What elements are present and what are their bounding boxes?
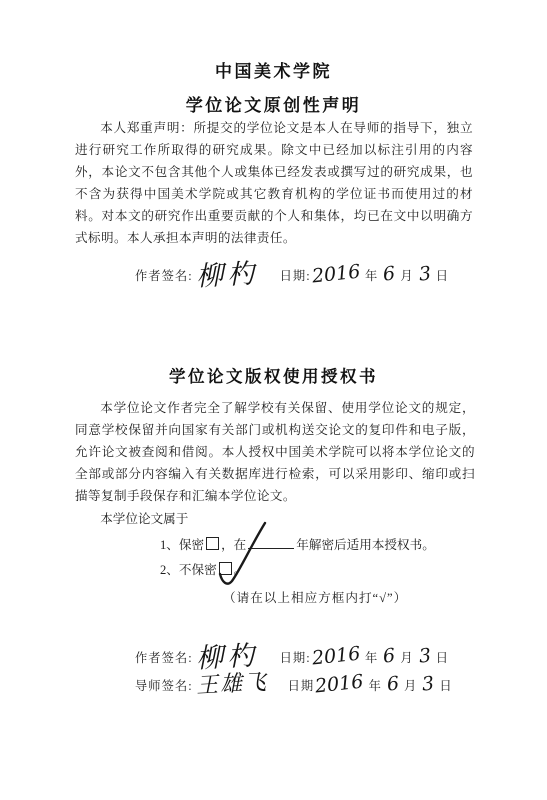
authorization-title: 学位论文版权使用授权书: [0, 363, 547, 387]
date-group: 日期: 2016 年 6 月 3 日: [280, 647, 454, 667]
secrecy-option-2: 2、不保密。: [160, 558, 475, 583]
checkbox-instruction-note: （请在以上相应方框内打“√”）: [223, 586, 475, 611]
date-label: 日期: [288, 676, 315, 694]
day-unit: 日: [436, 266, 448, 284]
authorization-body: 本学位论文作者完全了解学校有关保留、使用学位论文的规定，同意学校保留并向国家有关…: [75, 397, 475, 507]
secrecy-option-2-suffix: 。: [234, 563, 247, 577]
decrypt-year-blank: [248, 536, 294, 549]
declaration-signature-row: 作者签名: 柳杓 日期: 2016 年 6 月 3 日: [135, 258, 453, 292]
non-secrecy-checkbox: [219, 562, 232, 575]
thesis-belongs-label: 本学位论文属于: [75, 507, 475, 531]
date-label: 日期:: [280, 648, 311, 666]
declaration-title: 学位论文原创性声明: [0, 91, 547, 116]
handwritten-month: 6: [386, 672, 400, 695]
handwritten-year: 2016: [311, 643, 361, 670]
authorization-section: 本学位论文作者完全了解学校有关保留、使用学位论文的规定，同意学校保留并向国家有关…: [75, 397, 475, 611]
handwritten-year: 2016: [311, 261, 361, 288]
author-signature-label: 作者签名:: [135, 266, 193, 284]
handwritten-month: 6: [382, 644, 396, 667]
handwritten-day: 3: [421, 672, 435, 695]
secrecy-options: 1、保密，在年解密后适用本授权书。 2、不保密。 （请在以上相应方框内打“√”）: [160, 533, 475, 611]
date-group: 日期 2016 年 6 月 3 日: [288, 675, 457, 695]
university-name: 中国美术学院: [0, 57, 547, 82]
month-unit: 月: [400, 648, 412, 666]
handwritten-month: 6: [382, 262, 396, 285]
year-unit: 年: [369, 676, 381, 694]
handwritten-day: 3: [418, 644, 432, 667]
checked-box-wrap: [217, 558, 234, 583]
day-unit: 日: [439, 676, 451, 694]
year-unit: 年: [365, 648, 377, 666]
secrecy-option-1-mid: ，在: [221, 538, 246, 552]
advisor-signature-row: 导师签名: 王雄飞 日期 2016 年 6 月 3 日: [135, 668, 457, 702]
secrecy-checkbox: [206, 537, 219, 550]
secrecy-option-1-text: 1、保密: [160, 538, 204, 552]
scanned-document-page: 中国美术学院 学位论文原创性声明 本人郑重声明：所提交的学位论文是本人在导师的指…: [0, 0, 547, 800]
secrecy-option-1-suffix: 年解密后适用本授权书。: [296, 538, 435, 552]
secrecy-option-2-text: 2、不保密: [160, 563, 217, 577]
author-signature-handwriting: 柳杓: [195, 251, 261, 293]
declaration-body: 本人郑重声明：所提交的学位论文是本人在导师的指导下，独立进行研究工作所取得的研究…: [75, 117, 473, 249]
month-unit: 月: [404, 676, 416, 694]
date-label: 日期:: [280, 266, 311, 284]
date-group: 日期: 2016 年 6 月 3 日: [280, 265, 454, 285]
advisor-signature-handwriting: 王雄飞: [195, 665, 269, 700]
day-unit: 日: [436, 648, 448, 666]
author-signature-label: 作者签名:: [135, 648, 193, 666]
month-unit: 月: [400, 266, 412, 284]
handwritten-day: 3: [418, 262, 432, 285]
year-unit: 年: [365, 266, 377, 284]
advisor-signature-label: 导师签名:: [135, 676, 193, 694]
handwritten-year: 2016: [314, 671, 364, 698]
secrecy-option-1: 1、保密，在年解密后适用本授权书。: [160, 533, 475, 558]
